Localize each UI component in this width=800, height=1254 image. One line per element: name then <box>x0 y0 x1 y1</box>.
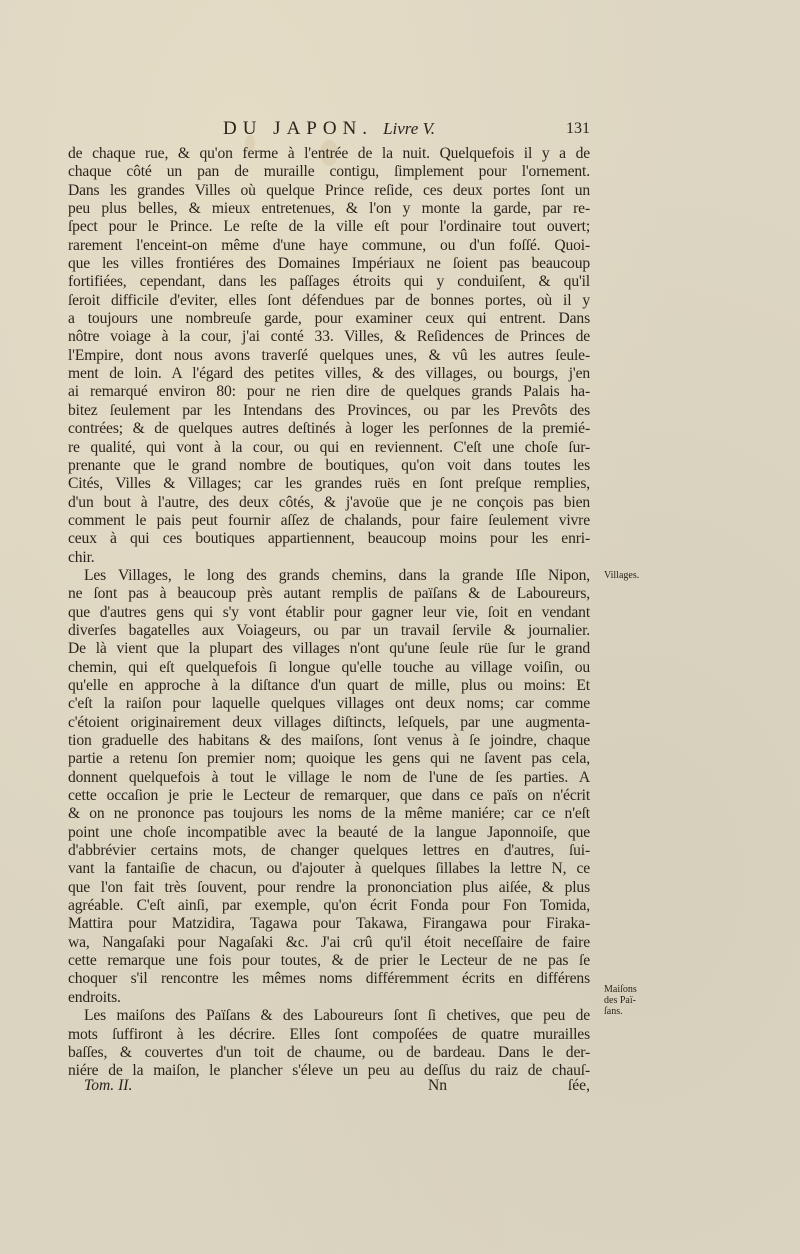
text-line: cette occaſion je prie le Lecteur de rem… <box>68 787 590 805</box>
text-line: & on ne prononce pas toujours les noms d… <box>68 805 590 823</box>
text-line: partie a retenu ſon premier nom; quoique… <box>68 750 590 768</box>
running-head-title: DU JAPON.Livre V. <box>68 118 590 140</box>
text-line: de chaque rue, & qu'on ferme à l'entrée … <box>68 145 590 163</box>
text-line: ceux à qui ces boutiques appartiennent, … <box>68 530 590 548</box>
text-line: tion graduelle des habitans & des maiſon… <box>68 732 590 750</box>
signature-mark: Nn <box>428 1077 447 1095</box>
page-number: 131 <box>566 120 590 138</box>
text-line: ſpect pour le Prince. Le reſte de la vil… <box>68 218 590 236</box>
text-line: que les villes frontiéres des Domaines I… <box>68 255 590 273</box>
text-line: baſſes, & couvertes d'un toit de chaume,… <box>68 1044 590 1062</box>
text-line: d'abbrévier certains mots, de changer qu… <box>68 842 590 860</box>
margin-note-text: ſans. <box>604 1006 637 1017</box>
text-line: vant la fantaiſie de chacun, ou d'ajoute… <box>68 860 590 878</box>
text-line: a toujours une nombreuſe garde, pour exa… <box>68 310 590 328</box>
text-line: point une choſe incompatible avec la bea… <box>68 824 590 842</box>
text-line: donnent quelquefois à tout le village le… <box>68 769 590 787</box>
text-line: d'un bout à l'autre, des deux côtés, & j… <box>68 494 590 512</box>
margin-note-text: Villages. <box>604 570 639 581</box>
text-line: re qualité, qui vont à la cour, ou qui e… <box>68 439 590 457</box>
page-footer: Tom. II. Nn ſée, <box>68 1077 590 1097</box>
book-title: DU JAPON. <box>223 118 373 139</box>
text-line: chemin, qui eſt quelquefois ſi longue qu… <box>68 659 590 677</box>
book-section: Livre V. <box>383 119 435 138</box>
text-line: De là vient que la plupart des villages … <box>68 640 590 658</box>
text-line: cette remarque une fois pour toutes, & d… <box>68 952 590 970</box>
paragraph-start: Les maiſons des Païſans & des Laboureurs… <box>68 1007 590 1025</box>
text-line: fortifiées, cependant, dans les paſſages… <box>68 273 590 291</box>
text-line: que l'on fait très ſouvent, pour rendre … <box>68 879 590 897</box>
text-line: Cités, Villes & Villages; car les grande… <box>68 475 590 493</box>
catchword: ſée, <box>568 1077 590 1095</box>
book-page: DU JAPON.Livre V. 131 de chaque rue, & q… <box>0 0 800 1254</box>
text-line: ne ſont pas à beaucoup près autant rempl… <box>68 585 590 603</box>
text-line: nôtre voiage à la cour, j'ai conté 33. V… <box>68 328 590 346</box>
text-line: agréable. C'eſt ainſi, par exemple, qu'o… <box>68 897 590 915</box>
volume-label: Tom. II. <box>84 1077 132 1095</box>
text-line: chir. <box>68 549 590 567</box>
text-line: diverſes bagatelles aux Voiageurs, ou pa… <box>68 622 590 640</box>
text-line: prenante que le grand nombre de boutique… <box>68 457 590 475</box>
text-line: Mattira pour Matzidira, Tagawa pour Taka… <box>68 915 590 933</box>
text-line: ment de loin. A l'égard des petites vill… <box>68 365 590 383</box>
text-line: bitez ſeulement par les Intendans des Pr… <box>68 402 590 420</box>
text-line: peu plus belles, & mieux entretenues, & … <box>68 200 590 218</box>
text-line: endroits. <box>68 989 590 1007</box>
text-line: c'étoient originairement deux villages d… <box>68 714 590 732</box>
margin-note-text: des Paï- <box>604 995 637 1006</box>
running-head: DU JAPON.Livre V. 131 <box>68 118 590 142</box>
text-line: mots ſuffiront à les décrire. Elles ſont… <box>68 1026 590 1044</box>
text-line: rarement l'enceint-on même d'une haye co… <box>68 237 590 255</box>
text-line: chaque côté un pan de muraille contigu, … <box>68 163 590 181</box>
text-line: c'eſt la raiſon pour laquelle quelques v… <box>68 695 590 713</box>
text-line: l'Empire, dont nous avons traverſé quelq… <box>68 347 590 365</box>
text-line: ai remarqué environ 80: pour ne rien dir… <box>68 383 590 401</box>
text-line: comment le pais peut fournir aſſez de ch… <box>68 512 590 530</box>
paragraph-start: Les Villages, le long des grands chemins… <box>68 567 590 585</box>
margin-note-text: Maiſons <box>604 984 637 995</box>
margin-note-villages: Villages. <box>604 570 639 581</box>
body-text: de chaque rue, & qu'on ferme à l'entrée … <box>68 145 590 1081</box>
text-line: ſeroit difficile d'eviter, elles ſont dé… <box>68 292 590 310</box>
margin-note-maisons: Maiſons des Paï- ſans. <box>604 984 637 1017</box>
text-line: wa, Nangaſaki pour Nagaſaki &c. J'ai crû… <box>68 934 590 952</box>
text-line: choquer s'il rencontre les mêmes noms di… <box>68 970 590 988</box>
text-line: que d'autres gens qui s'y vont établir p… <box>68 604 590 622</box>
text-line: Dans les grandes Villes où quelque Princ… <box>68 182 590 200</box>
text-line: qu'elle en approche à la diſtance d'un q… <box>68 677 590 695</box>
text-line: contrées; & de quelques autres deſtinés … <box>68 420 590 438</box>
